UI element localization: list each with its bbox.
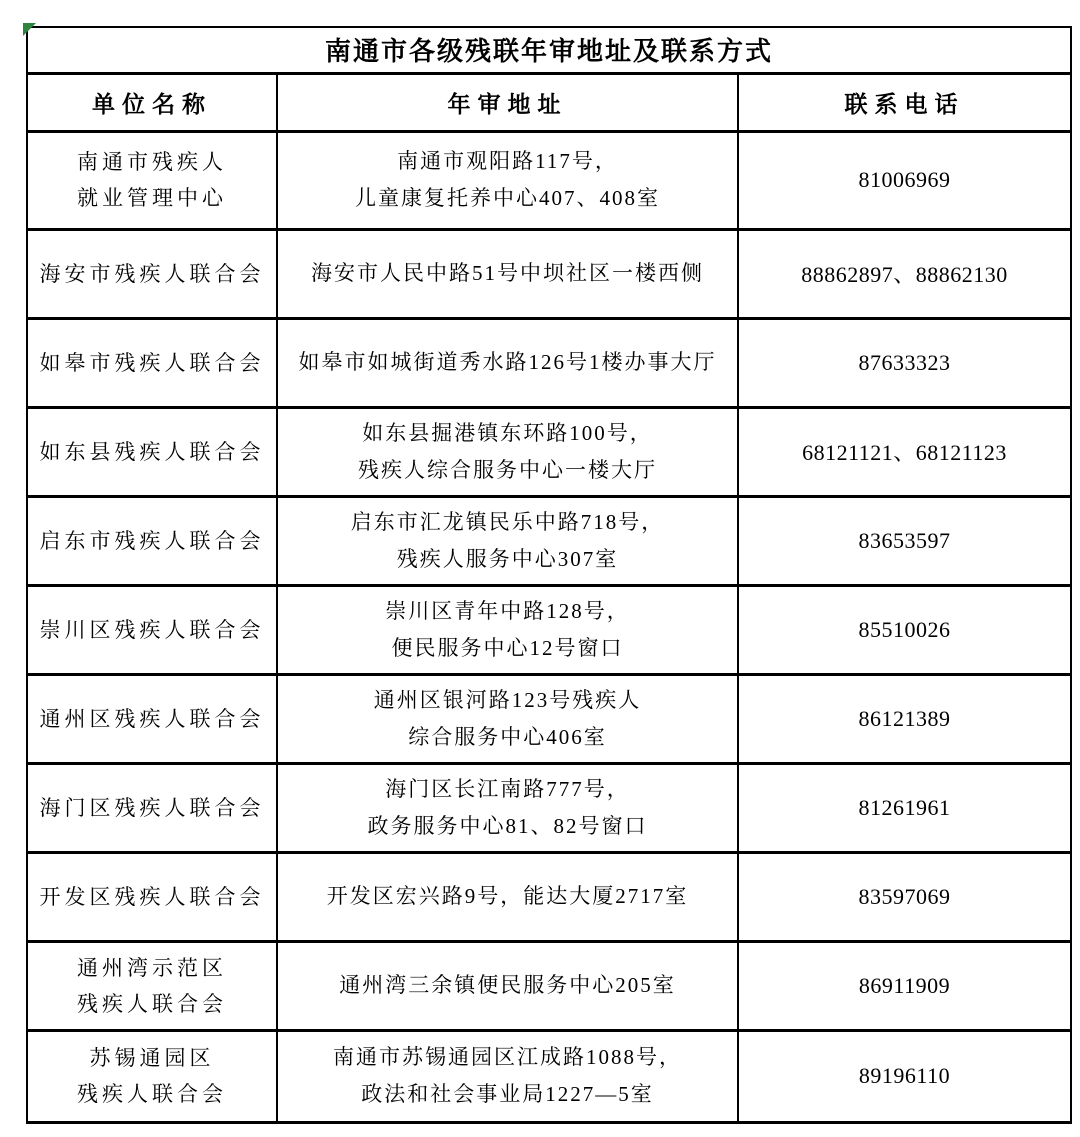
unit-cell: 南通市残疾人就业管理中心	[27, 131, 277, 229]
cell-line: 政法和社会事业局1227—5室	[284, 1076, 731, 1113]
cell-line: 南通市苏锡通园区江成路1088号，	[284, 1039, 731, 1076]
unit-cell: 海门区残疾人联合会	[27, 763, 277, 852]
annual-review-table-container: 南通市各级残联年审地址及联系方式 单位名称 年审地址 联系电话 南通市残疾人就业…	[26, 26, 1072, 1124]
phone-cell: 86121389	[738, 674, 1071, 763]
cell-line: 开发区残疾人联合会	[34, 879, 270, 915]
table-row: 如东县残疾人联合会 如东县掘港镇东环路100号，残疾人综合服务中心一楼大厅 68…	[27, 407, 1071, 496]
cell-line: 启东市残疾人联合会	[34, 523, 270, 559]
cell-line: 海安市人民中路51号中坝社区一楼西侧	[284, 255, 731, 292]
phone-cell: 83597069	[738, 852, 1071, 941]
unit-cell: 如皋市残疾人联合会	[27, 318, 277, 407]
phone-cell: 81261961	[738, 763, 1071, 852]
cell-line: 政务服务中心81、82号窗口	[284, 808, 731, 845]
cell-line: 儿童康复托养中心407、408室	[284, 180, 731, 217]
unit-cell: 通州区残疾人联合会	[27, 674, 277, 763]
cell-line: 残疾人综合服务中心一楼大厅	[284, 452, 731, 489]
cell-line: 开发区宏兴路9号，能达大厦2717室	[284, 878, 731, 915]
cell-line: 海门区长江南路777号，	[284, 771, 731, 808]
cell-line: 通州湾示范区	[34, 950, 270, 986]
phone-cell: 86911909	[738, 941, 1071, 1030]
unit-cell: 海安市残疾人联合会	[27, 229, 277, 318]
table-row: 如皋市残疾人联合会 如皋市如城街道秀水路126号1楼办事大厅 87633323	[27, 318, 1071, 407]
phone-cell: 88862897、88862130	[738, 229, 1071, 318]
phone-cell: 81006969	[738, 131, 1071, 229]
header-cell-unit: 单位名称	[27, 73, 277, 131]
cell-line: 通州区残疾人联合会	[34, 701, 270, 737]
table-row: 通州湾示范区残疾人联合会 通州湾三余镇便民服务中心205室 86911909	[27, 941, 1071, 1030]
phone-cell: 87633323	[738, 318, 1071, 407]
unit-cell: 开发区残疾人联合会	[27, 852, 277, 941]
table-row: 启东市残疾人联合会 启东市汇龙镇民乐中路718号，残疾人服务中心307室 836…	[27, 496, 1071, 585]
cell-line: 就业管理中心	[34, 180, 270, 216]
table-row: 海安市残疾人联合会 海安市人民中路51号中坝社区一楼西侧 88862897、88…	[27, 229, 1071, 318]
address-cell: 开发区宏兴路9号，能达大厦2717室	[277, 852, 738, 941]
cell-line: 启东市汇龙镇民乐中路718号，	[284, 504, 731, 541]
address-cell: 南通市苏锡通园区江成路1088号，政法和社会事业局1227—5室	[277, 1030, 738, 1122]
header-cell-address: 年审地址	[277, 73, 738, 131]
address-cell: 崇川区青年中路128号，便民服务中心12号窗口	[277, 585, 738, 674]
table-row: 开发区残疾人联合会 开发区宏兴路9号，能达大厦2717室 83597069	[27, 852, 1071, 941]
address-cell: 海门区长江南路777号，政务服务中心81、82号窗口	[277, 763, 738, 852]
cell-line: 崇川区残疾人联合会	[34, 612, 270, 648]
cell-line: 综合服务中心406室	[284, 719, 731, 756]
unit-cell: 如东县残疾人联合会	[27, 407, 277, 496]
cell-line: 通州湾三余镇便民服务中心205室	[284, 967, 731, 1004]
address-cell: 南通市观阳路117号，儿童康复托养中心407、408室	[277, 131, 738, 229]
cell-line: 如东县掘港镇东环路100号，	[284, 415, 731, 452]
table-row: 南通市残疾人就业管理中心 南通市观阳路117号，儿童康复托养中心407、408室…	[27, 131, 1071, 229]
address-cell: 如皋市如城街道秀水路126号1楼办事大厅	[277, 318, 738, 407]
unit-cell: 通州湾示范区残疾人联合会	[27, 941, 277, 1030]
page: 南通市各级残联年审地址及联系方式 单位名称 年审地址 联系电话 南通市残疾人就业…	[0, 0, 1080, 1137]
unit-cell: 启东市残疾人联合会	[27, 496, 277, 585]
table-title: 南通市各级残联年审地址及联系方式	[27, 27, 1071, 73]
cell-line: 如东县残疾人联合会	[34, 434, 270, 470]
cell-line: 通州区银河路123号残疾人	[284, 682, 731, 719]
phone-cell: 89196110	[738, 1030, 1071, 1122]
address-cell: 海安市人民中路51号中坝社区一楼西侧	[277, 229, 738, 318]
title-row: 南通市各级残联年审地址及联系方式	[27, 27, 1071, 73]
cell-line: 残疾人联合会	[34, 1076, 270, 1112]
unit-cell: 苏锡通园区残疾人联合会	[27, 1030, 277, 1122]
cell-line: 残疾人联合会	[34, 986, 270, 1022]
address-cell: 启东市汇龙镇民乐中路718号，残疾人服务中心307室	[277, 496, 738, 585]
cell-line: 南通市观阳路117号，	[284, 143, 731, 180]
table-row: 苏锡通园区残疾人联合会 南通市苏锡通园区江成路1088号，政法和社会事业局122…	[27, 1030, 1071, 1122]
cell-line: 残疾人服务中心307室	[284, 541, 731, 578]
table-row: 海门区残疾人联合会 海门区长江南路777号，政务服务中心81、82号窗口 812…	[27, 763, 1071, 852]
table-row: 崇川区残疾人联合会 崇川区青年中路128号，便民服务中心12号窗口 855100…	[27, 585, 1071, 674]
header-row: 单位名称 年审地址 联系电话	[27, 73, 1071, 131]
address-cell: 通州区银河路123号残疾人综合服务中心406室	[277, 674, 738, 763]
cell-line: 南通市残疾人	[34, 144, 270, 180]
cell-line: 苏锡通园区	[34, 1040, 270, 1076]
unit-cell: 崇川区残疾人联合会	[27, 585, 277, 674]
cell-line: 如皋市残疾人联合会	[34, 345, 270, 381]
cell-line: 海安市残疾人联合会	[34, 256, 270, 292]
cell-line: 崇川区青年中路128号，	[284, 593, 731, 630]
cell-line: 海门区残疾人联合会	[34, 790, 270, 826]
phone-cell: 83653597	[738, 496, 1071, 585]
cell-line: 如皋市如城街道秀水路126号1楼办事大厅	[284, 344, 731, 381]
table-head: 南通市各级残联年审地址及联系方式 单位名称 年审地址 联系电话	[27, 27, 1071, 131]
phone-cell: 68121121、68121123	[738, 407, 1071, 496]
green-corner-triangle-icon	[23, 23, 36, 36]
header-cell-phone: 联系电话	[738, 73, 1071, 131]
table-body: 南通市残疾人就业管理中心 南通市观阳路117号，儿童康复托养中心407、408室…	[27, 131, 1071, 1122]
annual-review-table: 南通市各级残联年审地址及联系方式 单位名称 年审地址 联系电话 南通市残疾人就业…	[26, 26, 1072, 1124]
table-row: 通州区残疾人联合会 通州区银河路123号残疾人综合服务中心406室 861213…	[27, 674, 1071, 763]
address-cell: 如东县掘港镇东环路100号，残疾人综合服务中心一楼大厅	[277, 407, 738, 496]
cell-line: 便民服务中心12号窗口	[284, 630, 731, 667]
phone-cell: 85510026	[738, 585, 1071, 674]
address-cell: 通州湾三余镇便民服务中心205室	[277, 941, 738, 1030]
